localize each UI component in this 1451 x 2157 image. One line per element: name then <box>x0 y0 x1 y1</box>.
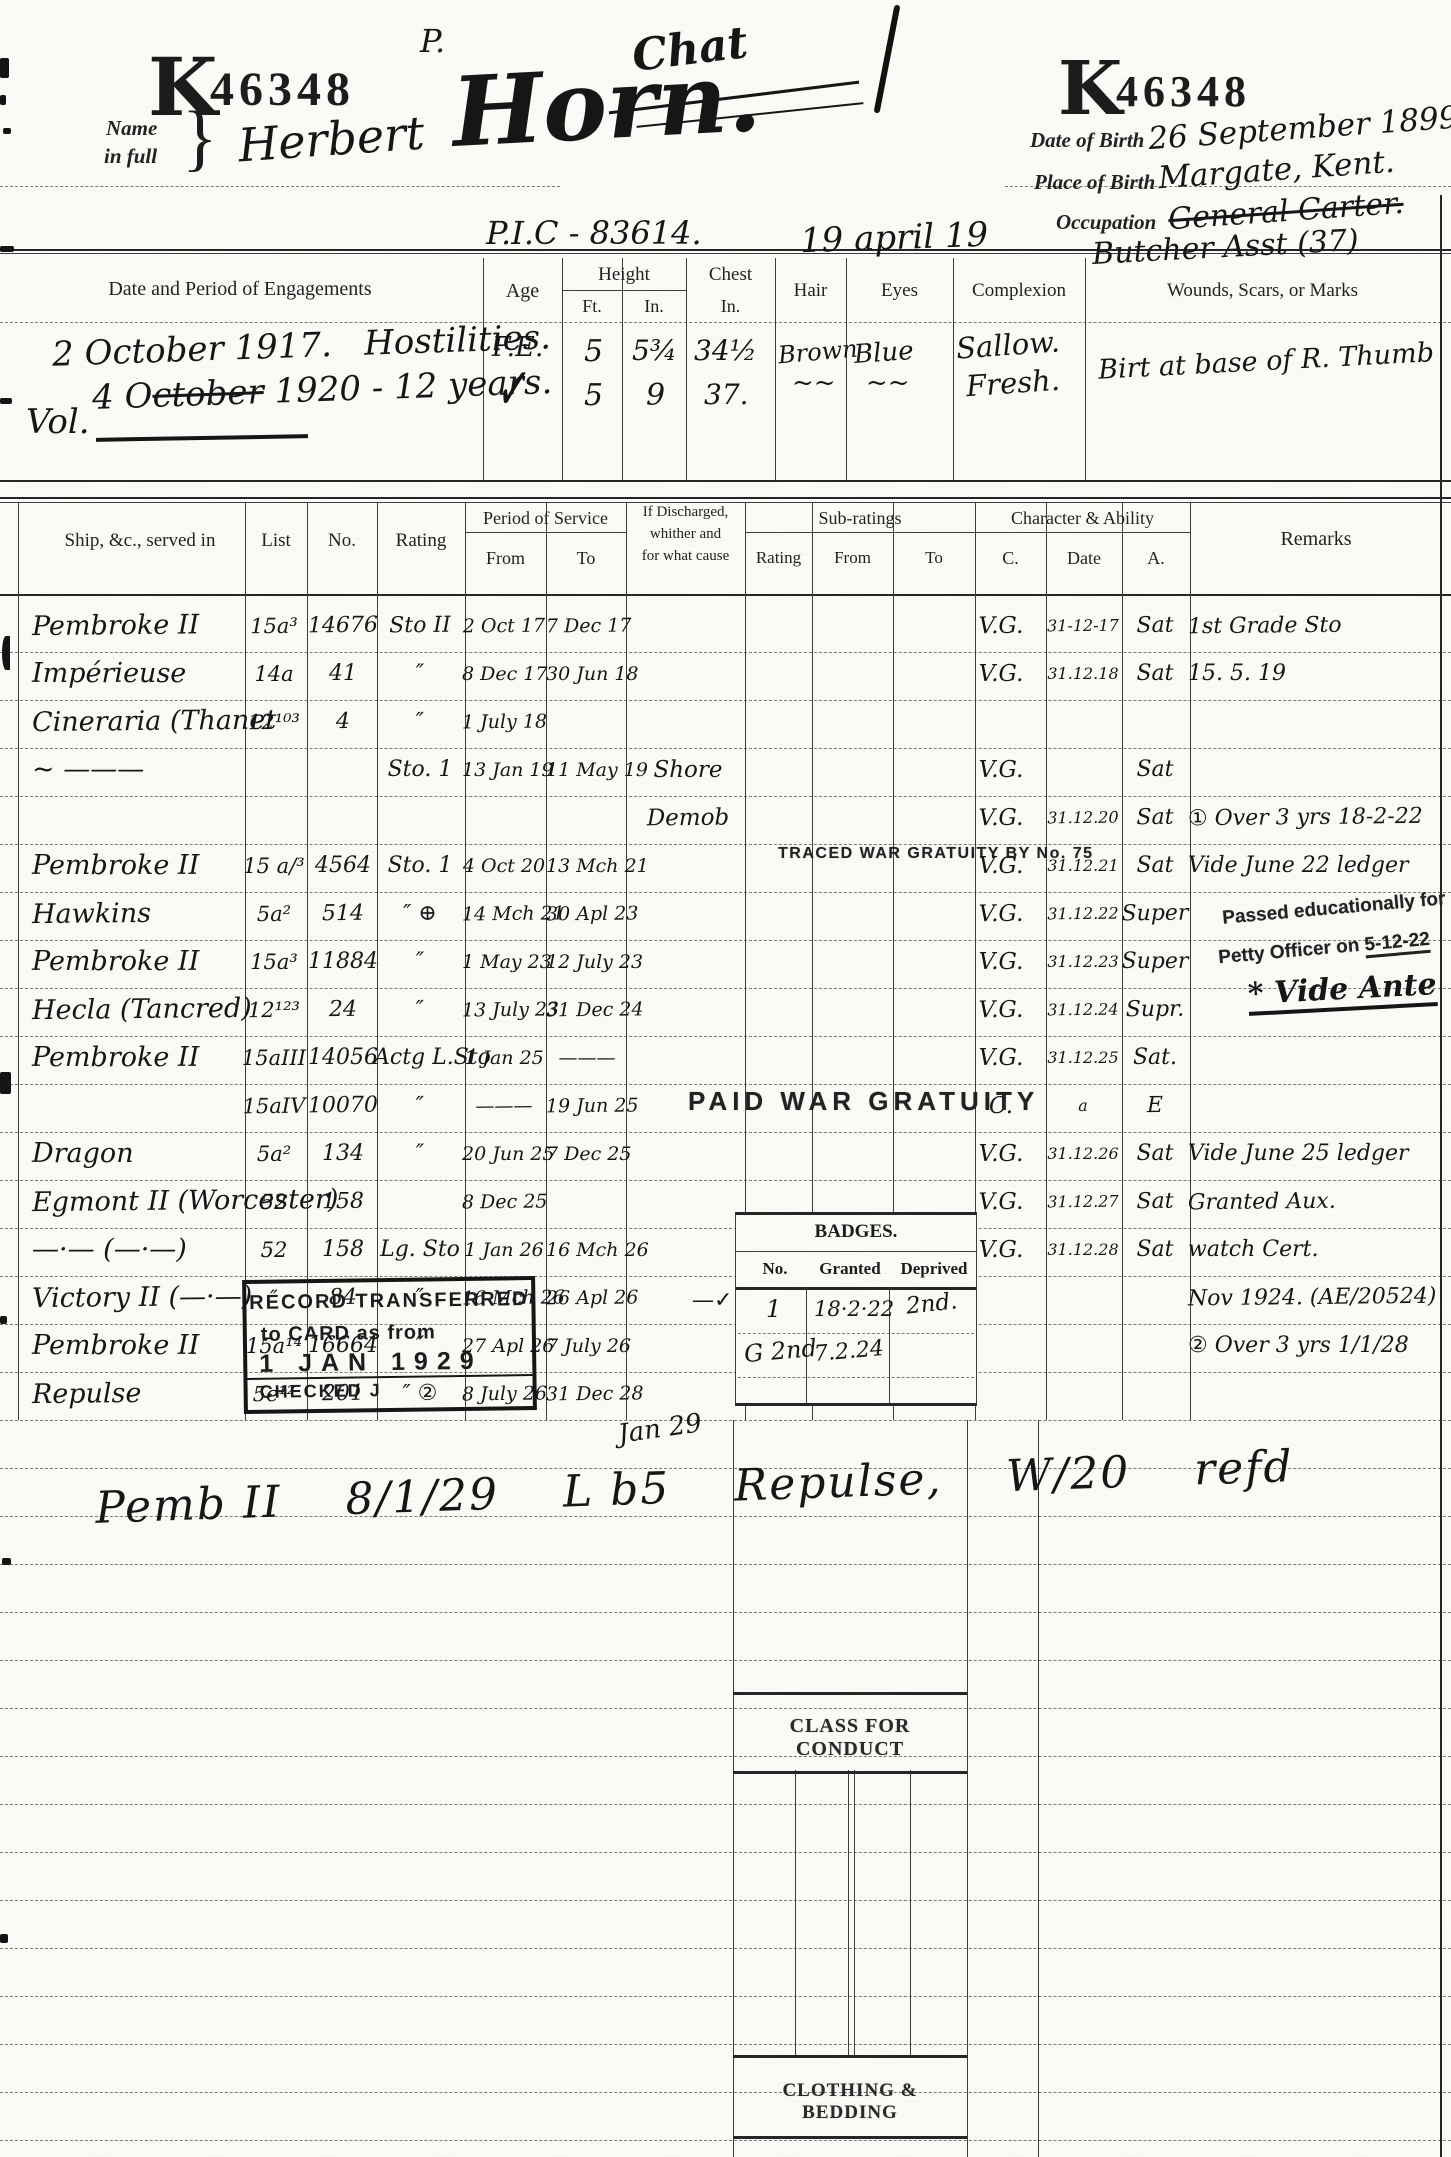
ship-name <box>22 795 255 845</box>
period-from: 1 Jan 25 <box>462 1036 546 1084</box>
rule-line <box>910 1770 911 2055</box>
ship-name: Hawkins <box>22 891 255 941</box>
remark-text: Granted Aux. <box>1188 1179 1440 1230</box>
ship-name: Cineraria (Thanet <box>22 699 255 749</box>
scan-artifact <box>2 636 10 670</box>
col-c: C. <box>977 548 1044 569</box>
character-date <box>1044 1372 1122 1421</box>
ship-name: Pembroke II <box>22 1324 255 1372</box>
scan-artifact <box>3 128 11 134</box>
discharge-cause <box>628 1036 748 1084</box>
ability-grade: Sat <box>1120 604 1190 653</box>
col-chest: Chest <box>688 264 773 286</box>
record-box-line4: CHECKED J <box>260 1380 382 1403</box>
ability-grade <box>1120 700 1190 749</box>
period-from: 2 Oct 17 <box>462 604 546 653</box>
period-to <box>546 700 628 749</box>
name-label-2: in full <box>104 144 157 169</box>
rating-value: ″ <box>374 1084 466 1133</box>
number-value: 14676 <box>308 604 378 653</box>
character-date <box>1044 1276 1122 1325</box>
character-grade: V.G. <box>958 1036 1044 1084</box>
col-ship: Ship, &c., served in <box>40 530 240 552</box>
ship-name: —·— (—·—) <box>22 1228 255 1276</box>
ship-name: Victory II (—·—) <box>22 1275 255 1325</box>
period-to: 30 Apl 23 <box>546 892 628 941</box>
character-grade: V.G. <box>958 988 1044 1037</box>
badges-box: BADGES. No. Granted Deprived 1 18·2·22 2… <box>735 1212 977 1406</box>
p-annotation: P. <box>420 22 445 60</box>
character-date <box>1044 1324 1122 1372</box>
rating-value: ″ <box>374 940 466 988</box>
col-character: Character & Ability <box>975 508 1190 529</box>
height-ft-1: 5 <box>584 334 603 369</box>
col-remarks: Remarks <box>1192 528 1440 551</box>
period-to: 19 Jun 25 <box>546 1084 628 1133</box>
service-table-row: —·— (—·—) 52 158 Lg. Sto 1 Jan 26 16 Mch… <box>18 1228 1440 1276</box>
service-table-row: Repulse 5e¹² 201 ″ ② 8 July 26 31 Dec 28 <box>18 1372 1440 1420</box>
date-note: 19 april 19 <box>799 215 988 262</box>
list-value: 12¹⁰³ <box>240 700 308 749</box>
character-date: 31-12-17 <box>1044 604 1122 653</box>
ability-grade: Supr. <box>1120 988 1190 1037</box>
service-table-row: Egmont II (Worcester) 52 158 8 Dec 25 V.… <box>18 1180 1440 1228</box>
engagement-vol: Vol. <box>26 402 90 442</box>
period-to: 7 July 26 <box>546 1324 628 1372</box>
period-to <box>546 796 628 845</box>
col-height: Height <box>562 264 686 286</box>
col-age: Age <box>485 280 560 303</box>
service-table-row: Impérieuse 14a 41 ″ 8 Dec 17 30 Jun 18 V… <box>18 652 1440 700</box>
engagement-line2-pre: 4 O <box>91 376 153 418</box>
eyes-value: Blue <box>853 336 915 370</box>
badge-row2-granted: 7.2.24 <box>813 1336 885 1367</box>
discharge-cause <box>628 699 748 748</box>
character-date <box>1044 700 1122 749</box>
character-date: 31.12.22 <box>1044 892 1122 941</box>
list-value: 5a² <box>240 1132 308 1180</box>
col-to: To <box>548 548 624 569</box>
number-value: 10070 <box>308 1084 378 1133</box>
official-number-k-right: K <box>1058 46 1122 132</box>
vol-strike <box>96 434 308 442</box>
service-table-row: Cineraria (Thanet 12¹⁰³ 4 ″ 1 July 18 <box>18 700 1440 748</box>
ability-grade: Sat <box>1120 1132 1190 1180</box>
number-value: 158 <box>308 1228 378 1276</box>
discharge-cause <box>628 891 748 940</box>
character-date: a <box>1044 1084 1122 1133</box>
number-value: 11884 <box>308 940 378 988</box>
period-to: 16 Mch 26 <box>546 1228 628 1276</box>
pob-label: Place of Birth <box>1034 170 1155 195</box>
rule-line <box>0 322 1451 323</box>
record-transferred-stamp: RECORD TRANSFERRED to CARD as from 1 JAN… <box>242 1276 537 1414</box>
col-date: Date <box>1048 548 1120 569</box>
remark-text <box>1188 1371 1440 1422</box>
rating-value: Sto. 1 <box>374 748 466 796</box>
service-table-row: Pembroke II 15a³ 14676 Sto II 2 Oct 17 7… <box>18 604 1440 652</box>
character-grade: V.G. <box>958 940 1044 988</box>
discharge-cause <box>628 1179 748 1228</box>
period-to: ——— <box>546 1036 628 1084</box>
badges-col-no: No. <box>744 1259 806 1279</box>
number-value: 158 <box>308 1180 378 1229</box>
pic-note: P.I.C - 83614. <box>486 214 702 252</box>
period-to: 12 July 23 <box>546 940 628 988</box>
rule-line <box>0 1852 1451 1853</box>
record-box-line2: to CARD as from <box>261 1321 436 1346</box>
slash-mark <box>874 4 901 113</box>
col-hair: Hair <box>777 280 844 302</box>
rating-value: Sto II <box>374 604 466 653</box>
transfer-note: Pemb II 8/1/29 L b5 Repulse, W/20 refd <box>94 1441 1294 1534</box>
character-date: 31.12.20 <box>1044 796 1122 845</box>
scan-artifact <box>0 1316 7 1324</box>
period-from <box>462 796 546 845</box>
service-table-row: Pembroke II 15 a/³ 4564 Sto. 1 4 Oct 20 … <box>18 844 1440 892</box>
ability-grade: Sat <box>1120 1180 1190 1229</box>
rule-line <box>846 258 847 480</box>
service-table-row: ~ ——— Sto. 1 13 Jan 19 11 May 19 Shore V… <box>18 748 1440 796</box>
badges-title: BADGES. <box>736 1221 976 1243</box>
height-ft-2: 5 <box>584 378 603 413</box>
rating-value: Lg. Sto <box>374 1228 466 1276</box>
service-table-row: Pembroke II 15a¹⁴ 16664 ″ 27 Apl 26 7 Ju… <box>18 1324 1440 1372</box>
ability-grade: Super <box>1120 892 1190 941</box>
badges-row-divider <box>738 1333 974 1334</box>
scan-artifact <box>0 246 14 252</box>
name-label: Name <box>106 116 157 141</box>
rating-value <box>374 1180 466 1229</box>
rule-line <box>0 1660 1451 1661</box>
col-engagements: Date and Period of Engagements <box>60 278 420 301</box>
rule-line <box>953 258 954 480</box>
number-value <box>308 748 378 796</box>
remark-text <box>1188 748 1440 796</box>
surname: Horn. <box>449 40 763 169</box>
ability-grade: Super <box>1120 940 1190 988</box>
discharge-cause <box>628 940 748 988</box>
discharge-cause <box>628 1324 748 1372</box>
rating-value <box>374 796 466 845</box>
rule-line <box>0 2092 1451 2093</box>
character-grade: V.G. <box>958 604 1044 653</box>
remark-text: 1st Grade Sto <box>1188 603 1440 654</box>
complexion-2: Fresh. <box>965 363 1061 403</box>
period-to: 31 Dec 28 <box>546 1372 628 1421</box>
list-value: 14a <box>240 652 308 700</box>
col-no: No. <box>309 530 375 552</box>
ship-name: Hecla (Tancred) <box>22 987 255 1037</box>
rating-value: ″ <box>374 700 466 749</box>
col-subratings: Sub-ratings <box>745 508 975 529</box>
number-value: 514 <box>308 892 378 941</box>
col-list: List <box>247 530 305 552</box>
period-from: 14 Mch 21 <box>462 892 546 941</box>
rule-line <box>562 258 563 480</box>
discharge-cause <box>628 603 748 652</box>
period-from: ——— <box>462 1084 546 1133</box>
rule-line <box>0 480 1451 482</box>
rule-line <box>0 1996 1451 1997</box>
first-name: Herbert <box>236 106 426 173</box>
badges-col-deprived: Deprived <box>894 1259 974 1279</box>
discharge-cause <box>628 987 748 1036</box>
complexion-1: Sallow. <box>955 324 1061 365</box>
wounds-value: Birt at base of R. Thumb <box>1097 337 1434 386</box>
remark-text: 15. 5. 19 <box>1188 652 1440 700</box>
scan-artifact <box>0 398 12 404</box>
number-value: 41 <box>308 652 378 700</box>
remark-text <box>1188 1083 1440 1134</box>
list-value: 52 <box>240 1180 308 1229</box>
col-eyes: Eyes <box>848 280 951 302</box>
col-rating: Rating <box>379 530 463 552</box>
rule-line <box>1440 195 1442 2157</box>
rule-line <box>0 186 560 187</box>
col-a: A. <box>1124 548 1188 569</box>
service-table-row: Hecla (Tancred) 12¹²³ 24 ″ 13 July 23 31… <box>18 988 1440 1036</box>
ship-name: Pembroke II <box>22 1036 255 1084</box>
period-to: 13 Mch 21 <box>546 844 628 892</box>
rule-line <box>745 532 975 533</box>
dob-label: Date of Birth <box>1030 128 1144 153</box>
remark-text: Vide June 22 ledger <box>1188 844 1440 892</box>
discharge-cause <box>628 652 748 700</box>
period-from: 8 Dec 25 <box>462 1180 546 1229</box>
list-value: 52 <box>240 1228 308 1276</box>
list-value: 12¹²³ <box>240 988 308 1037</box>
period-to: 31 Dec 24 <box>546 988 628 1037</box>
ability-grade: Sat <box>1120 844 1190 892</box>
ability-grade: Sat <box>1120 1228 1190 1276</box>
number-value: 24 <box>308 988 378 1037</box>
badge-row1-deprived: 2nd. <box>905 1288 959 1319</box>
ability-grade: Sat. <box>1120 1036 1190 1084</box>
remark-text: ② Over 3 yrs 1/1/28 <box>1188 1324 1440 1372</box>
scan-artifact <box>0 95 6 105</box>
character-grade <box>958 700 1044 749</box>
character-date: 31.12.18 <box>1044 652 1122 700</box>
rule-line <box>0 1756 1451 1757</box>
service-record-card: K 46348 P. Chat Name in full } Herbert H… <box>0 0 1451 2157</box>
rule-line <box>775 258 776 480</box>
character-date: 31.12.28 <box>1044 1228 1122 1276</box>
col-discharged-1: If Discharged, <box>627 504 744 521</box>
rating-value: Actg L.Sto <box>374 1036 466 1084</box>
clothing-bedding-box: CLOTHING & BEDDING <box>733 2055 967 2139</box>
number-value <box>308 796 378 845</box>
discharge-cause <box>628 844 748 892</box>
ship-name: Impérieuse <box>22 652 255 700</box>
list-value: 5a² <box>240 892 308 941</box>
ability-grade: E <box>1120 1084 1190 1133</box>
class-for-conduct-box: CLASS FOR CONDUCT <box>733 1692 967 1774</box>
clothing-bedding-title: CLOTHING & BEDDING <box>733 2080 967 2124</box>
chest-2: 37. <box>704 378 749 411</box>
col-sub-rating: Rating <box>747 548 810 568</box>
period-from: 8 Dec 17 <box>462 652 546 700</box>
list-value <box>240 748 308 796</box>
period-from: 13 Jan 19 <box>462 748 546 796</box>
badge-check-mark: —✓ <box>692 1288 732 1313</box>
character-grade: V.G. <box>958 796 1044 845</box>
character-grade: V.G. <box>958 748 1044 796</box>
number-value: 4564 <box>308 844 378 892</box>
remark-text: Vide June 25 ledger <box>1188 1132 1440 1180</box>
character-date: 31.12.25 <box>1044 1036 1122 1084</box>
character-date: 31.12.27 <box>1044 1180 1122 1229</box>
badges-col-granted: Granted <box>810 1259 890 1279</box>
list-value: 15a³ <box>240 940 308 988</box>
official-number-right: 46348 <box>1116 66 1251 117</box>
rating-value: ″ <box>374 988 466 1037</box>
paid-war-gratuity-stamp: PAID WAR GRATUITY <box>688 1086 1039 1117</box>
ship-name: Pembroke II <box>22 940 255 988</box>
rule-line <box>0 1804 1451 1805</box>
period-from: 20 Jun 25 <box>462 1132 546 1180</box>
height-in-2: 9 <box>646 378 665 413</box>
service-table-row: Pembroke II 15aIII 14056 Actg L.Sto 1 Ja… <box>18 1036 1440 1084</box>
col-wounds: Wounds, Scars, or Marks <box>1090 280 1435 302</box>
period-from: 1 May 23 <box>462 940 546 988</box>
character-date: 31.12.23 <box>1044 940 1122 988</box>
engagement-line2-struck: ctober <box>152 372 265 416</box>
period-from: 4 Oct 20 <box>462 844 546 892</box>
name-brace: } <box>182 96 218 181</box>
traced-war-gratuity-stamp: TRACED WAR GRATUITY BY No. 75 <box>778 845 1094 863</box>
list-value: 15 a/³ <box>240 844 308 892</box>
rule-line <box>975 532 1190 533</box>
class-for-conduct-title: CLASS FOR CONDUCT <box>733 1715 967 1761</box>
scan-artifact <box>0 1934 8 1943</box>
period-to: 26 Apl 26 <box>546 1276 628 1325</box>
number-value: 14056 <box>308 1036 378 1084</box>
col-discharged-2: whither and <box>627 526 744 543</box>
discharge-cause: Shore <box>628 748 748 796</box>
rule-line <box>1038 1420 1039 2157</box>
period-from: 1 Jan 26 <box>462 1228 546 1276</box>
rule-line <box>795 1770 796 2055</box>
ship-name: Egmont II (Worcester) <box>22 1179 255 1229</box>
rule-line <box>848 1770 849 2055</box>
period-to: 7 Dec 17 <box>546 604 628 653</box>
occupation-label: Occupation <box>1056 210 1156 235</box>
scan-artifact <box>0 1072 11 1094</box>
eyes-ditto: ~~ <box>866 368 910 398</box>
ship-name: Pembroke II <box>22 603 255 653</box>
badges-row-divider-2 <box>738 1377 974 1378</box>
col-from: From <box>467 548 544 569</box>
rule-line <box>0 594 1451 596</box>
record-box-line3: 1 JAN 1929 <box>259 1347 483 1379</box>
col-in: In. <box>624 296 684 317</box>
list-value: 15aIV <box>240 1084 308 1133</box>
rule-line <box>0 2140 1451 2141</box>
rating-value: Sto. 1 <box>374 844 466 892</box>
rule-line <box>0 502 1451 503</box>
badges-divider <box>736 1251 976 1252</box>
ability-grade <box>1120 1372 1190 1421</box>
discharge-cause: Demob <box>628 795 748 844</box>
character-grade: V.G. <box>958 652 1044 700</box>
remark-text <box>1188 699 1440 750</box>
character-date <box>1044 748 1122 796</box>
ship-name <box>22 1083 255 1133</box>
ship-name: Repulse <box>22 1371 255 1421</box>
scan-artifact <box>0 58 9 78</box>
ship-name: ~ ——— <box>22 748 255 796</box>
rating-value: ″ <box>374 1132 466 1180</box>
period-from: 1 July 18 <box>462 700 546 749</box>
remark-text: ① Over 3 yrs 18-2-22 <box>1188 795 1440 846</box>
ability-grade <box>1120 1276 1190 1325</box>
rule-line <box>733 1420 734 2157</box>
period-to: 30 Jun 18 <box>546 652 628 700</box>
period-to: 11 May 19 <box>546 748 628 796</box>
ability-grade: Sat <box>1120 652 1190 700</box>
rule-line <box>0 1708 1451 1709</box>
rule-line <box>686 258 687 480</box>
col-sub-from: From <box>814 548 891 568</box>
rating-value: ″ <box>374 652 466 700</box>
rule-line <box>622 258 623 480</box>
badge-row1-granted: 18·2·22 <box>814 1297 894 1321</box>
official-number-left: 46348 <box>210 62 355 117</box>
character-date: 31.12.26 <box>1044 1132 1122 1180</box>
discharge-cause <box>628 1132 748 1180</box>
col-discharged-3: for what cause <box>627 548 744 565</box>
ability-grade: Sat <box>1120 796 1190 845</box>
rule-line <box>967 1420 968 2157</box>
col-period: Period of Service <box>465 508 626 529</box>
service-table-row: Demob V.G. 31.12.20 Sat ① Over 3 yrs 18-… <box>18 796 1440 844</box>
col-ft: Ft. <box>564 296 620 317</box>
chest-1: 34½ <box>694 334 757 367</box>
period-to: 7 Dec 25 <box>546 1132 628 1180</box>
col-complexion: Complexion <box>955 280 1083 302</box>
hair-ditto: ~~ <box>792 368 836 398</box>
rule-line <box>0 1612 1451 1613</box>
ability-grade: Sat <box>1120 748 1190 796</box>
number-value: 134 <box>308 1132 378 1180</box>
character-grade: V.G. <box>958 892 1044 941</box>
rule-line <box>0 1900 1451 1901</box>
rating-value: ″ ⊕ <box>374 892 466 941</box>
period-to <box>546 1180 628 1229</box>
number-value: 4 <box>308 700 378 749</box>
character-grade: V.G. <box>958 1132 1044 1180</box>
ability-grade <box>1120 1324 1190 1372</box>
ship-name: Pembroke II <box>22 844 255 892</box>
rule-line <box>0 497 1451 499</box>
rule-line <box>562 290 686 291</box>
remark-text: Nov 1924. (AE/20524) <box>1188 1275 1440 1326</box>
ship-name: Dragon <box>22 1132 255 1180</box>
period-from: 13 July 23 <box>462 988 546 1037</box>
character-date: 31.12.24 <box>1044 988 1122 1037</box>
col-chest-in: In. <box>688 296 773 317</box>
rule-line <box>0 1948 1451 1949</box>
rule-line <box>0 1564 1451 1565</box>
list-value: 15a³ <box>240 604 308 653</box>
record-box-line1: RECORD TRANSFERRED <box>246 1288 531 1315</box>
list-value: 15aIII <box>240 1036 308 1084</box>
list-value <box>240 796 308 845</box>
col-sub-to: To <box>895 548 973 568</box>
rule-line <box>854 1770 855 2055</box>
rule-line <box>1085 258 1086 480</box>
